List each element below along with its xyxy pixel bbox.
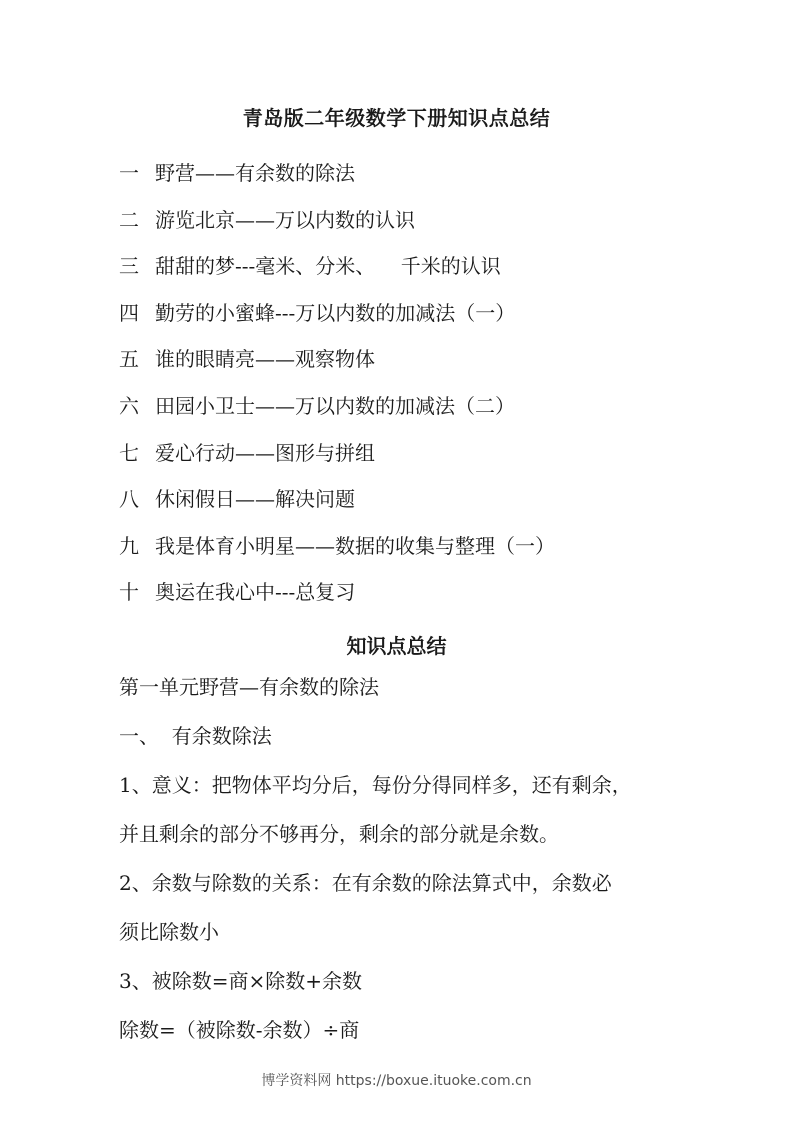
toc-number: 一 [119,158,155,188]
toc-item: 四勤劳的小蜜蜂---万以内数的加减法（一） [119,298,555,345]
toc-item: 三甜甜的梦---毫米、分米、 千米的认识 [119,251,555,298]
toc-text: 野营——有余数的除法 [155,161,355,185]
toc-number: 三 [119,251,155,281]
unit-heading: 第一单元野营—有余数的除法 [119,672,679,721]
toc-text: 游览北京——万以内数的认识 [155,208,415,232]
toc-number: 五 [119,344,155,374]
table-of-contents: 一野营——有余数的除法 二游览北京——万以内数的认识 三甜甜的梦---毫米、分米… [119,158,555,624]
toc-text: 谁的眼睛亮——观察物体 [155,347,375,371]
formula-line: 除数=（被除数-余数）÷商 [119,1015,679,1064]
toc-item: 十奥运在我心中---总复习 [119,577,555,624]
toc-number: 六 [119,391,155,421]
toc-number: 八 [119,484,155,514]
toc-text: 休闲假日——解决问题 [155,487,355,511]
subsection-heading: 一、 有余数除法 [119,721,679,770]
toc-text: 勤劳的小蜜蜂---万以内数的加减法（一） [155,301,515,325]
toc-text: 田园小卫士——万以内数的加减法（二） [155,394,515,418]
footer-watermark: 博学资料网 https://boxue.ituoke.com.cn [0,1070,793,1090]
toc-number: 十 [119,577,155,607]
toc-item: 二游览北京——万以内数的认识 [119,205,555,252]
paragraph-line: 并且剩余的部分不够再分，剩余的部分就是余数。 [119,819,679,868]
toc-text: 我是体育小明星——数据的收集与整理（一） [155,534,555,558]
toc-number: 二 [119,205,155,235]
toc-item: 一野营——有余数的除法 [119,158,555,205]
toc-text: 奥运在我心中---总复习 [155,580,355,604]
document-body: 第一单元野营—有余数的除法 一、 有余数除法 1、意义：把物体平均分后，每份分得… [119,672,679,1064]
toc-text: 爱心行动——图形与拼组 [155,441,375,465]
paragraph-line: 2、余数与除数的关系：在有余数的除法算式中，余数必 [119,868,679,917]
paragraph-line: 1、意义：把物体平均分后，每份分得同样多，还有剩余， [119,770,679,819]
toc-item: 八休闲假日——解决问题 [119,484,555,531]
section-title: 知识点总结 [0,630,793,659]
toc-number: 七 [119,438,155,468]
toc-item: 六田园小卫士——万以内数的加减法（二） [119,391,555,438]
toc-item: 五谁的眼睛亮——观察物体 [119,344,555,391]
formula-line: 3、被除数=商×除数+余数 [119,966,679,1015]
toc-text: 甜甜的梦---毫米、分米、 千米的认识 [155,254,501,278]
paragraph-line: 须比除数小 [119,917,679,966]
toc-item: 七爱心行动——图形与拼组 [119,438,555,485]
document-title: 青岛版二年级数学下册知识点总结 [0,102,793,131]
toc-number: 九 [119,531,155,561]
toc-item: 九我是体育小明星——数据的收集与整理（一） [119,531,555,578]
toc-number: 四 [119,298,155,328]
